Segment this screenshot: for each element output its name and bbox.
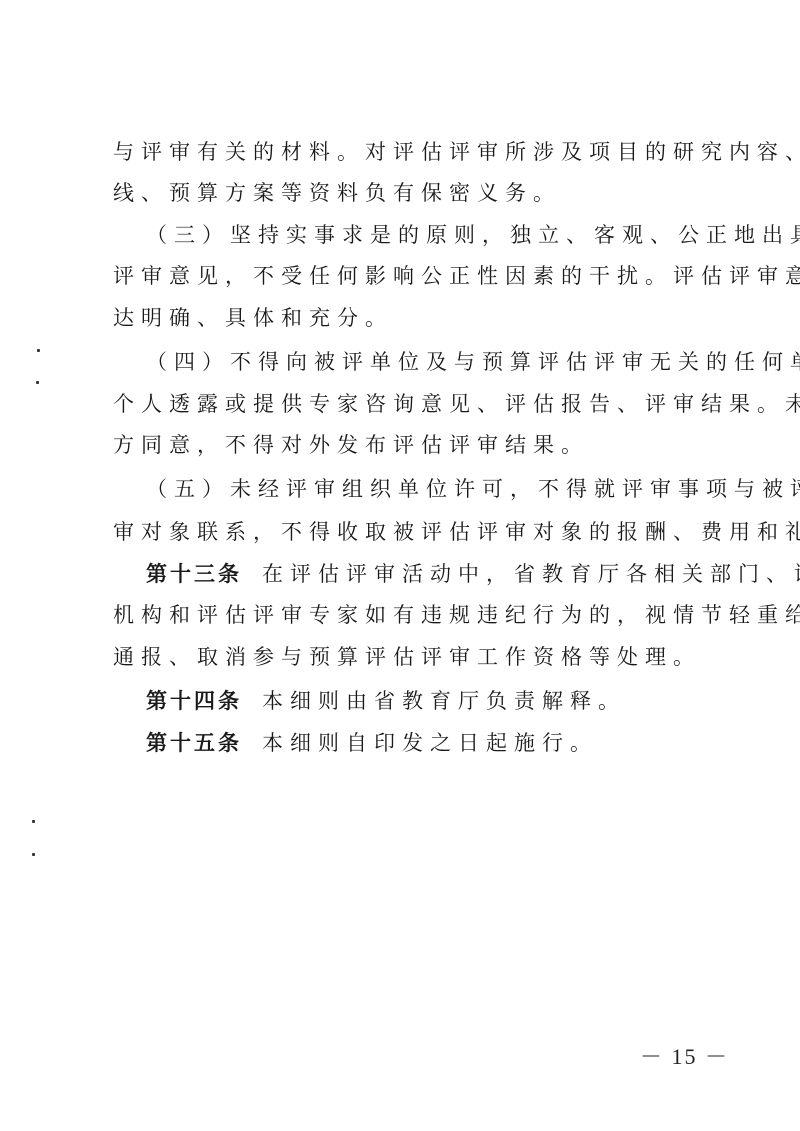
scan-dot-mark: [32, 853, 35, 856]
article-14-text: 本细则由省教育厅负责解释。: [262, 689, 626, 713]
paragraph-line: 个人透露或提供专家咨询意见、评估报告、评审结果。未经委托: [113, 389, 800, 419]
document-page: 与评审有关的材料。对评估评审所涉及项目的研究内容、技术路 线、预算方案等资料负有…: [0, 0, 800, 1131]
article-14: 第十四条本细则由省教育厅负责解释。: [146, 686, 626, 716]
paragraph-line: 机构和评估评审专家如有违规违纪行为的，视情节轻重给予批评、: [113, 600, 800, 630]
article-14-label: 第十四条: [146, 689, 242, 713]
clause-three: （三）坚持实事求是的原则，独立、客观、公正地出具评估: [146, 220, 800, 250]
article-15-text: 本细则自印发之日起施行。: [262, 731, 598, 755]
article-13: 第十三条在评估评审活动中，省教育厅各相关部门、评估: [146, 559, 800, 589]
article-13-label: 第十三条: [146, 562, 242, 586]
article-15: 第十五条本细则自印发之日起施行。: [146, 728, 598, 758]
article-13-text: 在评估评审活动中，省教育厅各相关部门、评估: [262, 562, 800, 586]
article-15-label: 第十五条: [146, 731, 242, 755]
paragraph-line: 线、预算方案等资料负有保密义务。: [113, 178, 561, 208]
scan-dot-mark: [36, 381, 39, 384]
paragraph-line: 方同意，不得对外发布评估评审结果。: [113, 430, 589, 460]
clause-four: （四）不得向被评单位及与预算评估评审无关的任何单位或: [146, 347, 800, 377]
paragraph-line: 达明确、具体和充分。: [113, 303, 393, 333]
paragraph-line: 与评审有关的材料。对评估评审所涉及项目的研究内容、技术路: [113, 137, 800, 167]
paragraph-line: 通报、取消参与预算评估评审工作资格等处理。: [113, 642, 701, 672]
paragraph-line: 审对象联系，不得收取被评估评审对象的报酬、费用和礼品等。: [113, 517, 800, 547]
page-number: － 15 －: [640, 1040, 729, 1071]
paragraph-line: 评审意见，不受任何影响公正性因素的干扰。评估评审意见应表: [113, 261, 800, 291]
scan-dot-mark: [37, 349, 40, 352]
clause-five: （五）未经评审组织单位许可，不得就评审事项与被评估评: [146, 474, 800, 504]
scan-dot-mark: [32, 820, 35, 823]
